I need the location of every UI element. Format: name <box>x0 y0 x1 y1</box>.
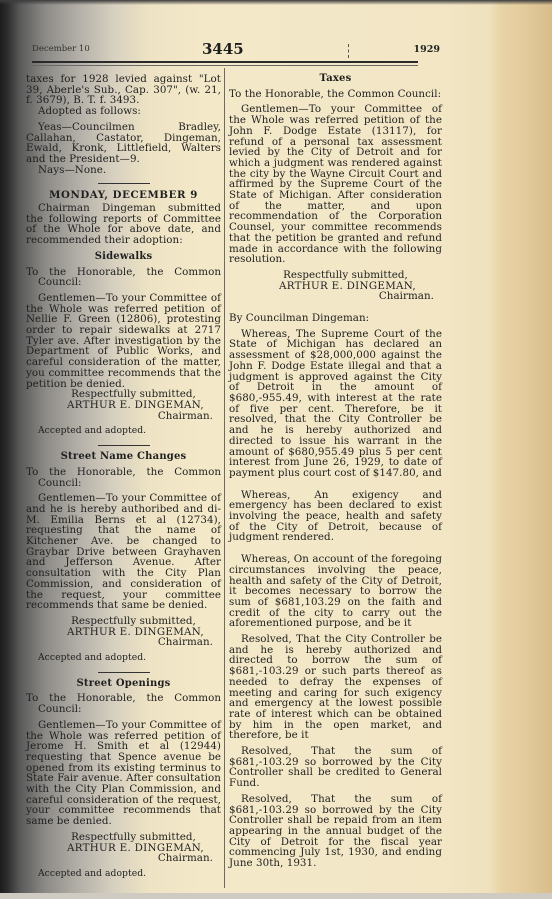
right-column: Taxes To the Honorable, the Common Counc… <box>229 74 442 869</box>
running-header: December 10 3445 1929 <box>32 42 440 62</box>
header-year: 1929 <box>414 44 440 55</box>
section-heading: Street Name Changes <box>26 452 221 463</box>
yeas-vote: Yeas—Councilmen Bradley, Callahan, Casta… <box>26 122 221 165</box>
scanned-page: December 10 3445 1929 taxes for 1928 lev… <box>0 0 552 893</box>
section-street-name-changes: Street Name Changes To the Honorable, th… <box>26 452 221 664</box>
carryover-text: taxes for 1928 levied against "Lot 39, A… <box>26 74 221 106</box>
resolution-paragraph: Whereas, An exigency and emergency has b… <box>229 490 442 544</box>
left-column: taxes for 1928 levied against "Lot 39, A… <box>26 74 221 880</box>
resolution-paragraph: Whereas, The Supreme Court of the State … <box>229 329 442 479</box>
top-edge-shadow <box>0 0 552 5</box>
resolution-paragraph: Whereas, On account of the foregoing cir… <box>229 554 442 629</box>
section-body: Gentlemen—To your Committee of the Whole… <box>26 293 221 389</box>
section-rule <box>98 183 150 184</box>
section-heading: Street Openings <box>26 679 221 690</box>
section-body: Gentlemen—To your Committee of the Whole… <box>229 104 442 265</box>
nays-vote: Nays—None. <box>26 165 221 176</box>
result: Accepted and adopted. <box>26 869 221 880</box>
column-divider <box>224 68 225 888</box>
section-body: Gentlemen—To your Committee of and he is… <box>26 493 221 611</box>
page-bottom-edge <box>0 893 552 899</box>
by-line: By Councilman Dingeman: <box>229 313 442 324</box>
section-rule <box>98 672 150 673</box>
section-body: Gentlemen—To your Committee of the Whole… <box>26 720 221 827</box>
result: Accepted and adopted. <box>26 653 221 664</box>
intro-paragraph: Chairman Dingeman submitted the followin… <box>26 203 221 246</box>
resolution-paragraph: Resolved, That the sum of $681,-103.29 s… <box>229 746 442 789</box>
section-street-openings: Street Openings To the Honorable, the Co… <box>26 679 221 880</box>
header-rule <box>32 61 418 63</box>
closing: Respectfully submitted, <box>26 832 221 843</box>
result: Accepted and adopted. <box>26 426 221 437</box>
salutation: To the Honorable, the Common Council: <box>26 467 221 488</box>
signer-title: Chairman. <box>229 291 442 302</box>
section-heading-taxes: Taxes <box>229 74 442 85</box>
signer-title: Chairman. <box>26 637 221 648</box>
day-heading: MONDAY, DECEMBER 9 <box>26 190 221 201</box>
salutation: To the Honorable, the Common Council: <box>26 693 221 714</box>
resolution-paragraph: Resolved, That the sum of $681,-103.29 s… <box>229 794 442 869</box>
resolution-paragraph: Resolved, That the City Controller be an… <box>229 634 442 741</box>
section-sidewalks: Sidewalks To the Honorable, the Common C… <box>26 252 221 437</box>
salutation: To the Honorable, the Common Council: <box>229 89 442 100</box>
header-tick-mark <box>348 44 350 58</box>
header-rule-thin <box>32 65 418 66</box>
salutation: To the Honorable, the Common Council: <box>26 267 221 288</box>
header-date: December 10 <box>32 44 90 54</box>
section-rule <box>98 445 150 446</box>
page-number: 3445 <box>202 40 244 58</box>
signer-title: Chairman. <box>26 411 221 422</box>
adopted-as-follows: Adopted as follows: <box>26 106 221 117</box>
section-heading: Sidewalks <box>26 252 221 263</box>
signer-title: Chairman. <box>26 853 221 864</box>
